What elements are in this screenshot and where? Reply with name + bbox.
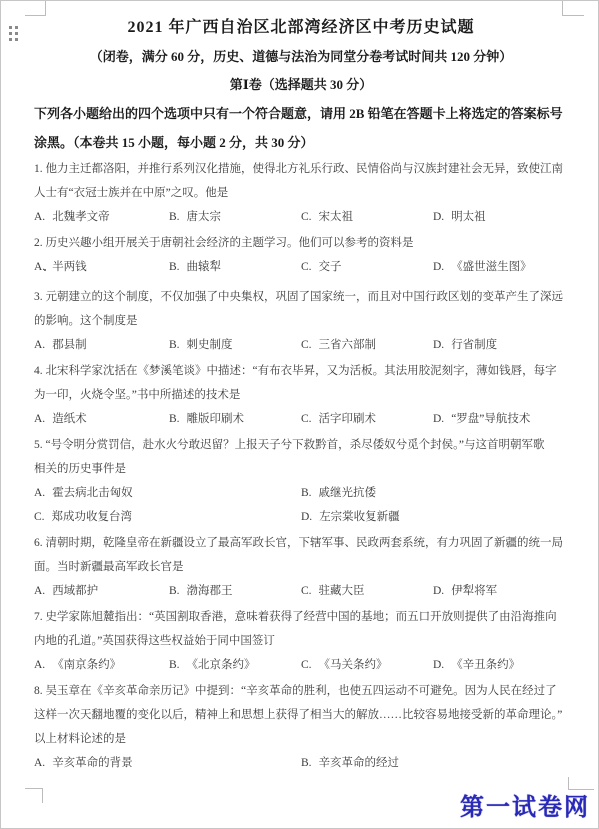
option-b: B.曲辕犁	[169, 255, 301, 279]
option-b-label: B.	[169, 261, 180, 273]
question-5: 5. “号令明分赏罚信，赴水火兮敢迟留？上报天子兮下救黔首，杀尽倭奴兮觅个封侯。…	[34, 433, 568, 529]
option-d: D.明太祖	[433, 205, 568, 229]
option-c: C.驻藏大臣	[301, 579, 433, 603]
option-b-text: 辛亥革命的经过	[319, 757, 400, 769]
option-d: D.行省制度	[433, 333, 568, 357]
question-7-options: A.《南京条约》 B.《北京条约》 C.《马关条约》 D.《辛丑条约》	[34, 653, 568, 677]
option-b-text: 雕版印刷术	[187, 413, 245, 425]
question-2: 2. 历史兴趣小组开展关于唐朝社会经济的主题学习。他们可以参考的资料是 A.半两…	[34, 231, 568, 279]
question-7-line-1: 7. 史学家陈旭麓指出：“英国割取香港，意味着获得了经营中国的基地；而五口开放则…	[34, 605, 568, 629]
option-d: D.伊犁将军	[433, 579, 568, 603]
option-c-text: 宋太祖	[319, 211, 354, 223]
option-a: A.辛亥革命的背景	[34, 751, 301, 775]
option-d-label: D.	[433, 339, 444, 351]
question-5-options-row-1: A.霍去病北击匈奴 B.戚继光抗倭	[34, 481, 568, 505]
option-d: D.左宗棠收复新疆	[301, 505, 568, 529]
option-c-label: C.	[301, 211, 312, 223]
option-c-text: 郑成功收复台湾	[52, 511, 133, 523]
option-c: C.交子	[301, 255, 433, 279]
option-a-label: A.	[34, 585, 45, 597]
drag-handle-icon	[9, 26, 18, 41]
option-d-label: D.	[433, 413, 444, 425]
question-8-options: A.辛亥革命的背景 B.辛亥革命的经过	[34, 751, 568, 775]
option-a-label: A.	[34, 487, 45, 499]
question-8-line-3: 以上材料论述的是	[34, 727, 568, 751]
question-6-options: A.西域都护 B.渤海郡王 C.驻藏大臣 D.伊犁将军	[34, 579, 568, 603]
option-b: B.雕版印刷术	[169, 407, 301, 431]
page-title: 2021 年广西自治区北部湾经济区中考历史试题	[34, 13, 568, 43]
option-b-text: 唐太宗	[187, 211, 222, 223]
question-6-line-1: 6. 清朝时期，乾隆皇帝在新疆设立了最高军政长官，下辖军事、民政两套系统，有力巩…	[34, 531, 568, 555]
option-d-label: D.	[301, 511, 312, 523]
option-b: B.《北京条约》	[169, 653, 301, 677]
question-8-line-2: 这样一次天翻地覆的变化以后，精神上和思想上获得了相当大的解放……比较容易地接受新…	[34, 703, 568, 727]
option-d-text: 行省制度	[451, 339, 497, 351]
question-6-line-2: 面。当时新疆最高军政长官是	[34, 555, 568, 579]
option-a-text: 郡县制	[52, 339, 87, 351]
option-c: C.活字印刷术	[301, 407, 433, 431]
option-b-label: B.	[301, 487, 312, 499]
question-4-options: A.造纸术 B.雕版印刷术 C.活字印刷术 D.“罗盘”导航技术	[34, 407, 568, 431]
question-1-line-2: 人士有“衣冠士族并在中原”之叹。他是	[34, 181, 568, 205]
option-c-text: 交子	[319, 261, 342, 273]
option-a: A.西域都护	[34, 579, 169, 603]
option-a-label: A.	[34, 659, 45, 671]
option-a-text: 北魏孝文帝	[52, 211, 110, 223]
question-2-line-1: 2. 历史兴趣小组开展关于唐朝社会经济的主题学习。他们可以参考的资料是	[34, 231, 568, 255]
option-b-text: 曲辕犁	[187, 261, 222, 273]
section-heading: 第Ⅰ卷（选择题共 30 分）	[34, 71, 568, 99]
option-a-label: A.	[34, 413, 45, 425]
option-a: A.造纸术	[34, 407, 169, 431]
question-7: 7. 史学家陈旭麓指出：“英国割取香港，意味着获得了经营中国的基地；而五口开放则…	[34, 605, 568, 677]
option-d-text: 《盛世滋生图》	[451, 261, 532, 273]
option-b: B.唐太宗	[169, 205, 301, 229]
option-a-text: 霍去病北击匈奴	[52, 487, 133, 499]
option-d: D.《盛世滋生图》	[433, 255, 568, 279]
option-c: C.郑成功收复台湾	[34, 505, 301, 529]
option-d-label: D.	[433, 211, 444, 223]
question-1: 1. 他力主迁都洛阳，并推行系列汉化措施，使得北方礼乐行政、民情俗尚与汉族封建社…	[34, 157, 568, 229]
option-a-label: A.	[34, 339, 45, 351]
option-c-label: C.	[301, 413, 312, 425]
option-c-text: 驻藏大臣	[319, 585, 365, 597]
option-d-label: D.	[433, 659, 444, 671]
option-c-text: 三省六部制	[319, 339, 377, 351]
instructions-line-2: 涂黑。（本卷共 15 小题，每小题 2 分，共 30 分）	[34, 128, 568, 157]
option-c-label: C.	[301, 339, 312, 351]
question-5-line-2: 相关的历史事件是	[34, 457, 568, 481]
option-a-text: 西域都护	[52, 585, 98, 597]
option-a-text: 半两钱	[52, 261, 87, 273]
question-4-line-1: 4. 北宋科学家沈括在《梦溪笔谈》中描述：“有布衣毕昇，又为活板。其法用胶泥刻字…	[34, 359, 568, 383]
question-3-line-1: 3. 元朝建立的这个制度，不仅加强了中央集权，巩固了国家统一，而且对中国行政区划…	[34, 285, 568, 309]
option-c-text: 《马关条约》	[319, 659, 388, 671]
question-2-options: A.半两钱 B.曲辕犁 C.交子 D.《盛世滋生图》	[34, 255, 568, 279]
option-d-text: “罗盘”导航技术	[451, 413, 530, 425]
option-b: B.辛亥革命的经过	[301, 751, 568, 775]
instructions-line-1: 下列各小题给出的四个选项中只有一个符合题意，请用 2B 铅笔在答题卡上将选定的答…	[34, 99, 568, 128]
option-b: B.刺史制度	[169, 333, 301, 357]
option-b-label: B.	[169, 413, 180, 425]
exam-rules-subtitle: （闭卷，满分 60 分，历史、道德与法治为同堂分卷考试时间共 120 分钟）	[34, 43, 568, 71]
question-6: 6. 清朝时期，乾隆皇帝在新疆设立了最高军政长官，下辖军事、民政两套系统，有力巩…	[34, 531, 568, 603]
option-a: A.半两钱	[34, 255, 169, 279]
option-d: D.“罗盘”导航技术	[433, 407, 568, 431]
option-c: C.《马关条约》	[301, 653, 433, 677]
watermark-site-name: 第一试卷网	[460, 787, 590, 822]
question-7-line-2: 内地的孔道。”英国获得这些权益始于同中国签订	[34, 629, 568, 653]
question-3-options: A.郡县制 B.刺史制度 C.三省六部制 D.行省制度	[34, 333, 568, 357]
question-1-options: A.北魏孝文帝 B.唐太宗 C.宋太祖 D.明太祖	[34, 205, 568, 229]
option-c-text: 活字印刷术	[319, 413, 377, 425]
option-a-label: A.	[34, 757, 45, 769]
crop-mark-bottom-left	[25, 788, 43, 803]
option-c-label: C.	[301, 659, 312, 671]
exam-paper-page: 2021 年广西自治区北部湾经济区中考历史试题 （闭卷，满分 60 分，历史、道…	[0, 0, 599, 829]
question-5-options-row-2: C.郑成功收复台湾 D.左宗棠收复新疆	[34, 505, 568, 529]
option-a-label: A.	[34, 261, 45, 273]
question-8: 8. 吴玉章在《辛亥革命亲历记》中提到：“辛亥革命的胜利，也使五四运动不可避免。…	[34, 679, 568, 775]
option-d-label: D.	[433, 261, 444, 273]
option-c-label: C.	[301, 585, 312, 597]
question-3-line-2: 的影响。这个制度是	[34, 309, 568, 333]
option-a: A.北魏孝文帝	[34, 205, 169, 229]
question-1-line-1: 1. 他力主迁都洛阳，并推行系列汉化措施，使得北方礼乐行政、民情俗尚与汉族封建社…	[34, 157, 568, 181]
scan-artifact-dot	[44, 269, 46, 271]
option-b: B.戚继光抗倭	[301, 481, 568, 505]
option-b: B.渤海郡王	[169, 579, 301, 603]
option-b-label: B.	[169, 585, 180, 597]
option-b-label: B.	[169, 211, 180, 223]
question-8-line-1: 8. 吴玉章在《辛亥革命亲历记》中提到：“辛亥革命的胜利，也使五四运动不可避免。…	[34, 679, 568, 703]
question-5-line-1: 5. “号令明分赏罚信，赴水火兮敢迟留？上报天子兮下救黔首，杀尽倭奴兮觅个封侯。…	[34, 433, 568, 457]
option-b-label: B.	[301, 757, 312, 769]
question-4: 4. 北宋科学家沈括在《梦溪笔谈》中描述：“有布衣毕昇，又为活板。其法用胶泥刻字…	[34, 359, 568, 431]
option-a-text: 造纸术	[52, 413, 87, 425]
option-b-text: 《北京条约》	[187, 659, 256, 671]
option-b-label: B.	[169, 339, 180, 351]
option-d-text: 伊犁将军	[451, 585, 497, 597]
option-c: C.三省六部制	[301, 333, 433, 357]
option-b-text: 渤海郡王	[187, 585, 233, 597]
question-3: 3. 元朝建立的这个制度，不仅加强了中央集权，巩固了国家统一，而且对中国行政区划…	[34, 285, 568, 357]
option-c: C.宋太祖	[301, 205, 433, 229]
option-d-label: D.	[433, 585, 444, 597]
document-content: 2021 年广西自治区北部湾经济区中考历史试题 （闭卷，满分 60 分，历史、道…	[34, 1, 568, 777]
option-a-text: 《南京条约》	[52, 659, 121, 671]
option-b-text: 戚继光抗倭	[319, 487, 377, 499]
option-d-text: 《辛丑条约》	[451, 659, 520, 671]
option-d-text: 明太祖	[451, 211, 486, 223]
option-c-label: C.	[301, 261, 312, 273]
option-a-text: 辛亥革命的背景	[52, 757, 133, 769]
option-a: A.郡县制	[34, 333, 169, 357]
question-4-line-2: 为一印，火烧令坚。”书中所描述的技术是	[34, 383, 568, 407]
option-b-text: 刺史制度	[187, 339, 233, 351]
option-a: A.《南京条约》	[34, 653, 169, 677]
option-d: D.《辛丑条约》	[433, 653, 568, 677]
option-a-label: A.	[34, 211, 45, 223]
option-a: A.霍去病北击匈奴	[34, 481, 301, 505]
option-c-label: C.	[34, 511, 45, 523]
option-d-text: 左宗棠收复新疆	[319, 511, 400, 523]
option-b-label: B.	[169, 659, 180, 671]
